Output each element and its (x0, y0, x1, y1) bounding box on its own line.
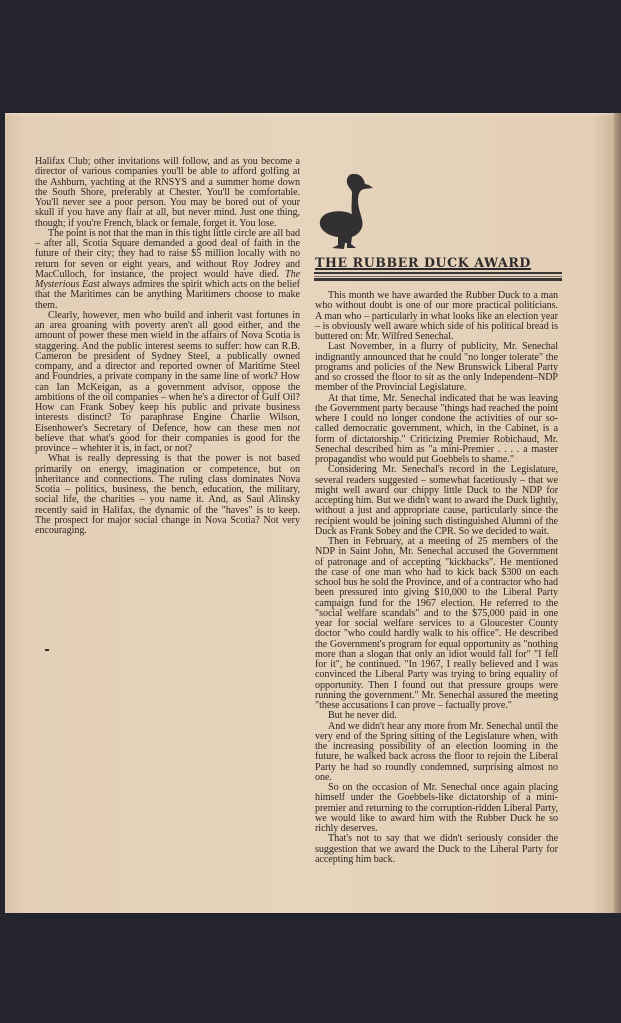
paragraph: Clearly, however, men who build and inhe… (35, 311, 300, 455)
paragraph: Then in February, at a meeting of 25 mem… (315, 537, 558, 711)
print-speck (45, 649, 49, 651)
paragraph: That's not to say that we didn't serious… (315, 834, 558, 865)
award-title: THE RUBBER DUCK AWARD (315, 256, 561, 270)
paragraph: This month we have awarded the Rubber Du… (315, 291, 558, 342)
page-edge (614, 113, 621, 913)
left-article-column: Halifax Club; other invitations will fol… (35, 157, 300, 536)
paragraph: At that time, Mr. Senechal indicated tha… (315, 394, 558, 466)
title-rule (314, 278, 562, 281)
paragraph: Considering Mr. Senechal's record in the… (315, 465, 558, 537)
paragraph: The point is not that the man in this ti… (35, 229, 300, 311)
duck-silhouette-icon (318, 170, 380, 256)
paragraph: Last November, in a flurry of publicity,… (315, 342, 558, 393)
paragraph: So on the occasion of Mr. Senechal once … (315, 783, 558, 834)
paragraph-text: The point is not that the man in this ti… (35, 228, 300, 280)
right-article-column: This month we have awarded the Rubber Du… (315, 291, 558, 865)
paragraph: And we didn't hear any more from Mr. Sen… (315, 722, 558, 784)
paragraph: What is really depressing is that the po… (35, 454, 300, 536)
title-rule (314, 276, 562, 277)
title-rule (314, 272, 562, 274)
paragraph-text: believe that what's good for their compa… (35, 433, 300, 454)
paragraph-text: Clearly, however, men who build and inhe… (35, 310, 300, 434)
paragraph: Halifax Club; other invitations will fol… (35, 157, 300, 229)
paragraph: But he never did. (315, 711, 558, 721)
